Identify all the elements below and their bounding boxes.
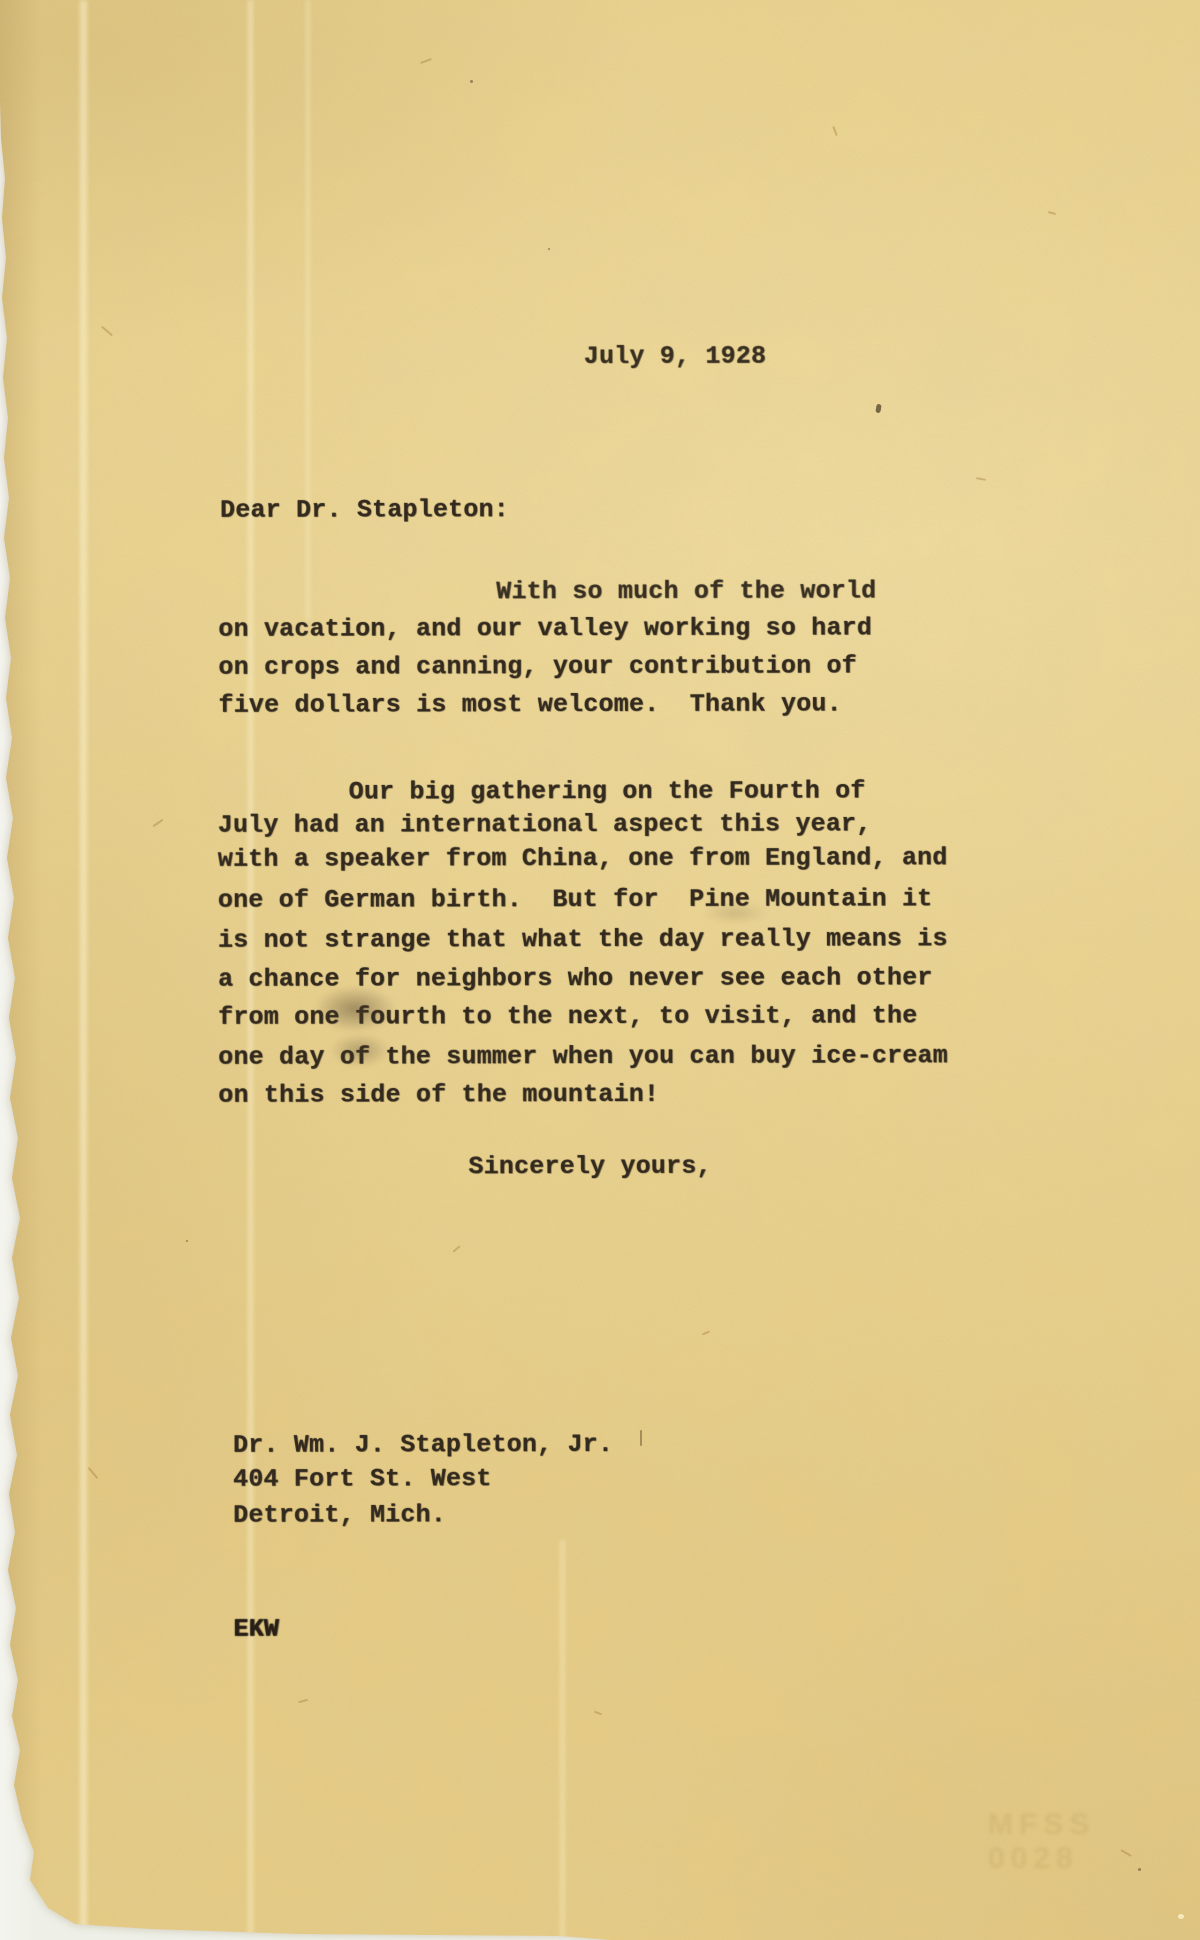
- recipient-name-line: Dr. Wm. J. Stapleton, Jr.: [233, 1430, 613, 1461]
- body-line-1: With so much of the world: [496, 576, 876, 607]
- body-line-8: one of German birth. But for Pine Mounta…: [218, 884, 933, 915]
- body-line-3: on crops and canning, your contribution …: [218, 651, 857, 682]
- body-line-10: a chance for neighbors who never see eac…: [218, 963, 933, 994]
- body-line-6: July had an international aspect this ye…: [218, 809, 872, 840]
- body-line-7: with a speaker from China, one from Engl…: [218, 843, 948, 875]
- date-line: July 9, 1928: [584, 342, 766, 372]
- body-line-5: Our big gathering on the Fourth of: [349, 776, 866, 807]
- body-line-13: on this side of the mountain!: [218, 1080, 659, 1111]
- recipient-city-line: Detroit, Mich.: [233, 1500, 446, 1530]
- paper-shadow: July 9, 1928 Dear Dr. Stapleton: With so…: [0, 0, 1200, 1940]
- letter-paper: July 9, 1928 Dear Dr. Stapleton: With so…: [0, 0, 1200, 1940]
- closing-line: Sincerely yours,: [468, 1152, 711, 1183]
- body-line-2: on vacation, and our valley working so h…: [218, 613, 872, 644]
- body-line-11: from one fourth to the next, to visit, a…: [218, 1001, 917, 1032]
- typewritten-text: July 9, 1928 Dear Dr. Stapleton: With so…: [0, 0, 1200, 1940]
- recipient-street-line: 404 Fort St. West: [233, 1464, 492, 1495]
- body-line-12: one day of the summer when you can buy i…: [218, 1041, 948, 1073]
- salutation-line: Dear Dr. Stapleton:: [220, 495, 509, 526]
- body-line-9: is not strange that what the day really …: [218, 924, 948, 956]
- body-line-4: five dollars is most welcome. Thank you.: [218, 689, 841, 720]
- scanned-letter-page: July 9, 1928 Dear Dr. Stapleton: With so…: [0, 0, 1200, 1940]
- typist-initials: EKW: [233, 1615, 279, 1645]
